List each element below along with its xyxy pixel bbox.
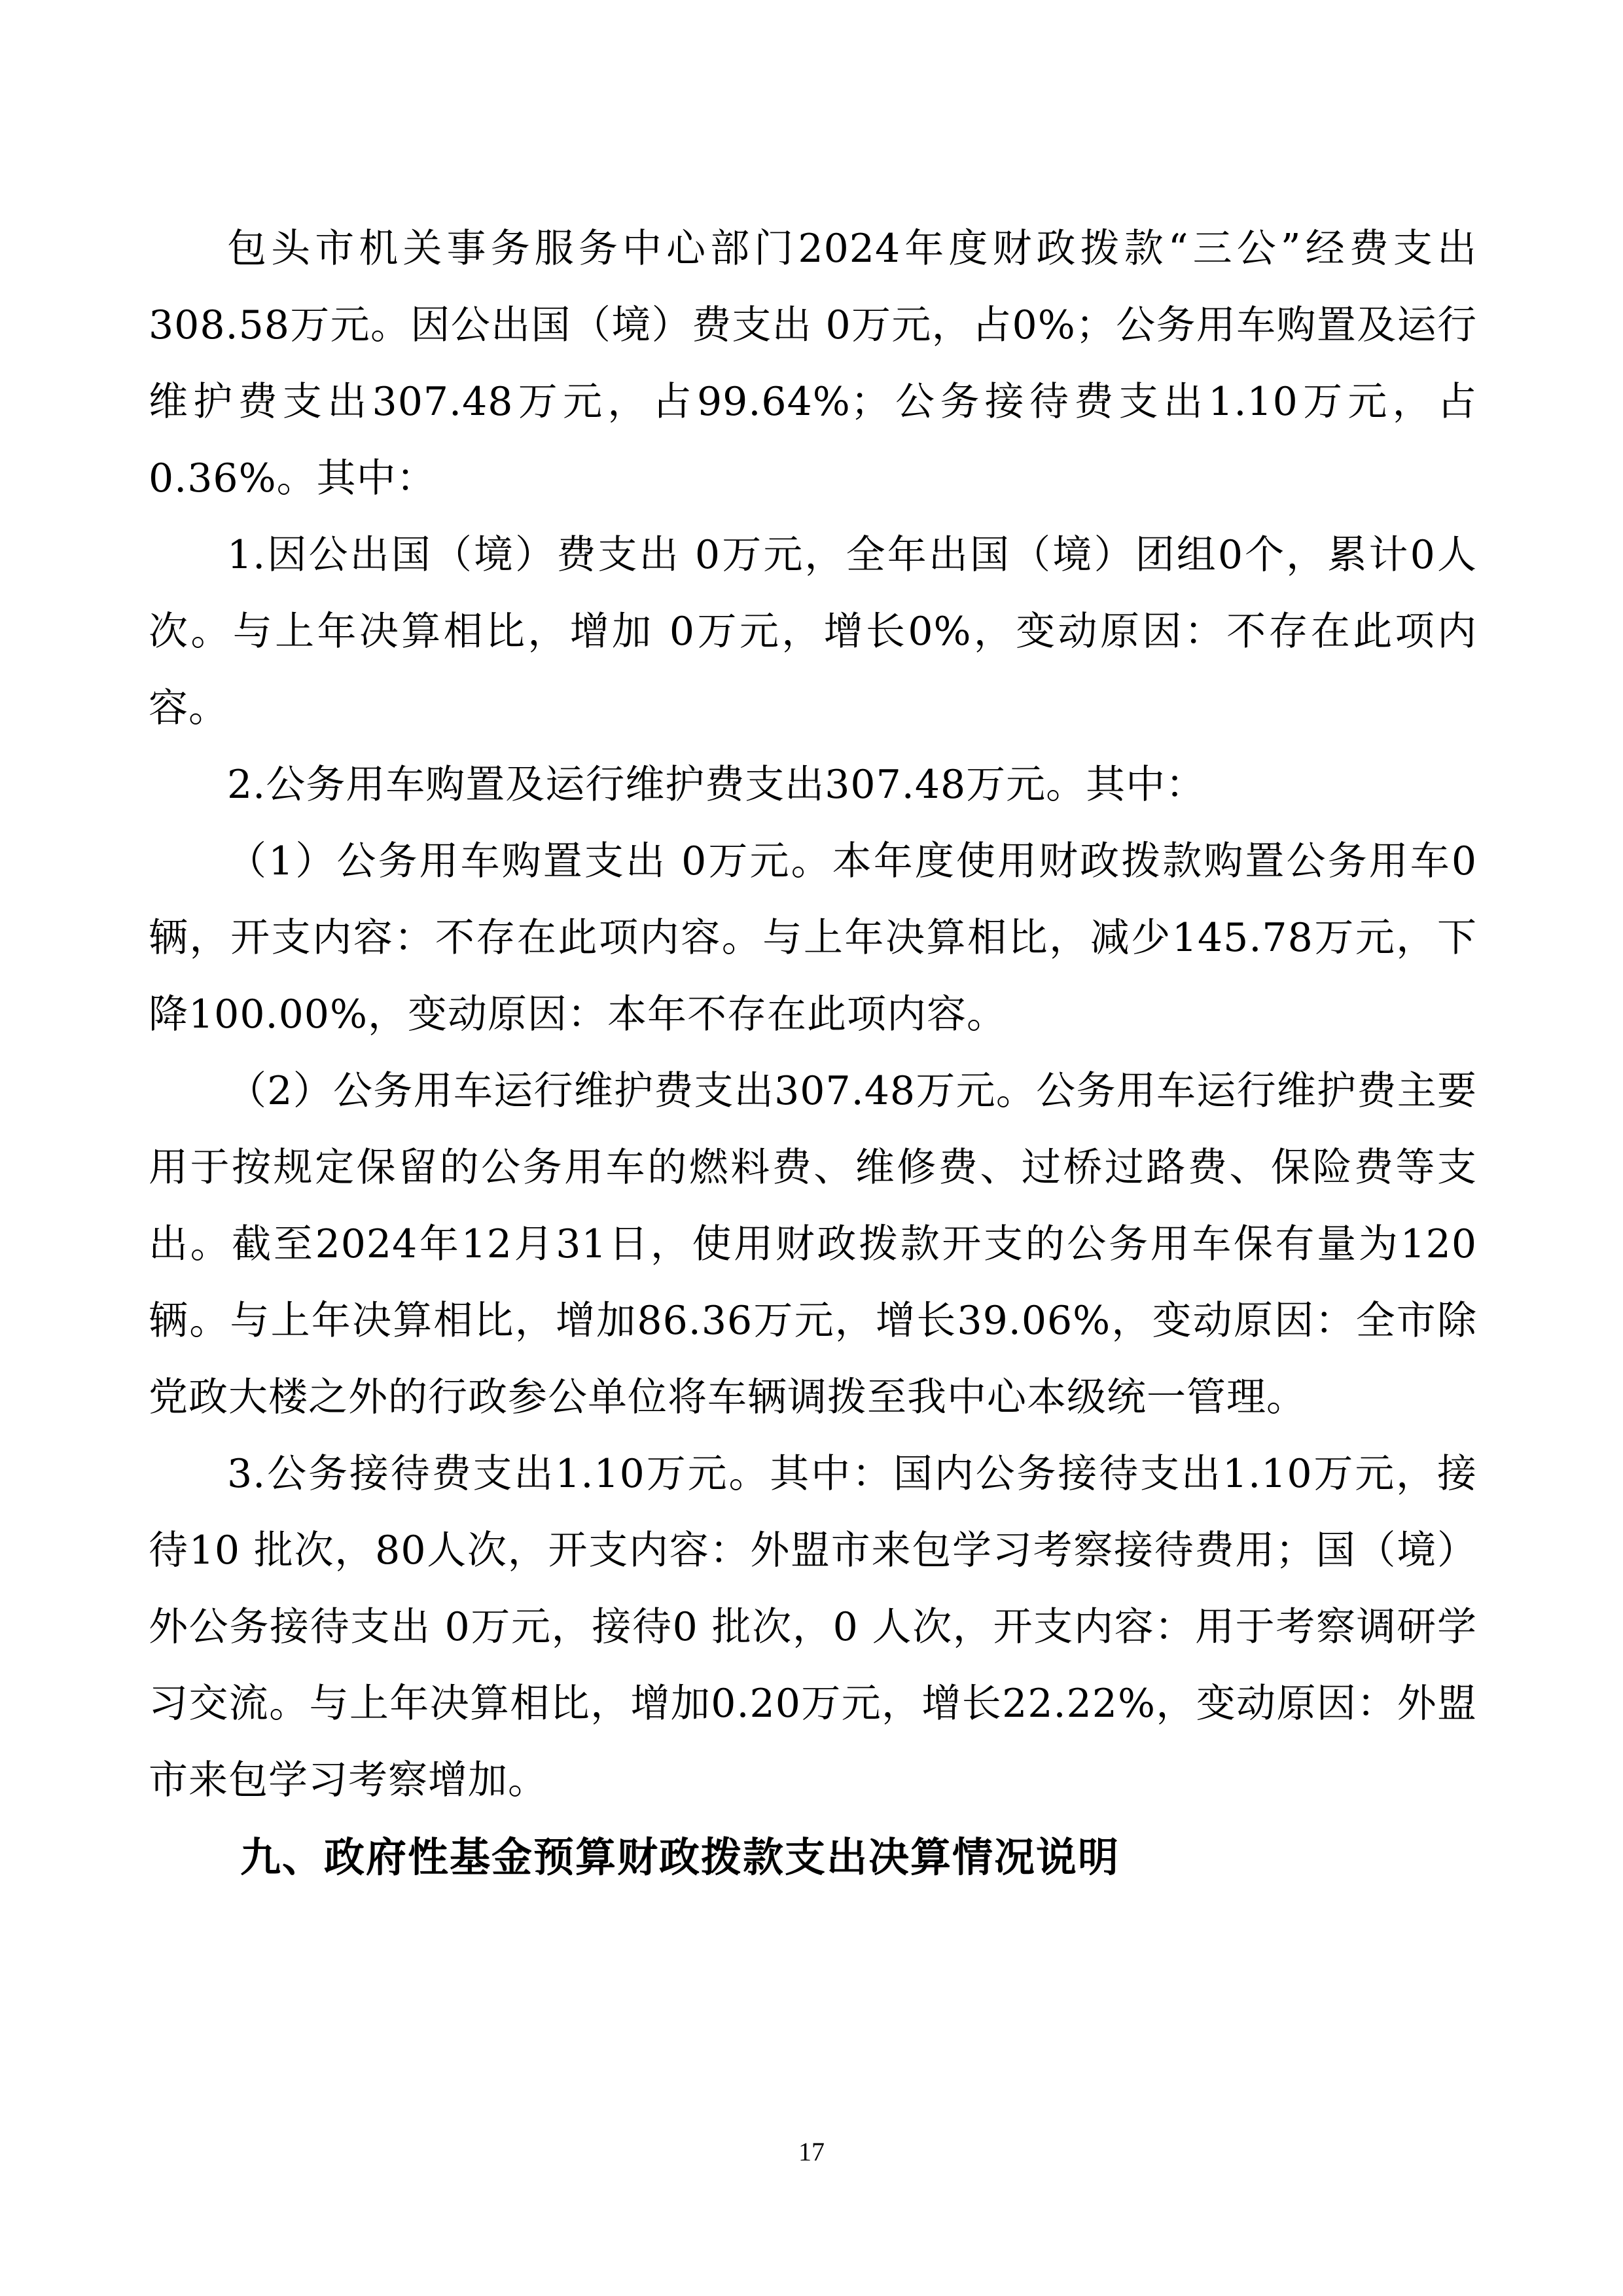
paragraph-vehicle-maintenance: （2）公务用车运行维护费支出307.48万元。公务用车运行维护费主要用于按规定保… [149, 1053, 1477, 1436]
section-heading: 九、政府性基金预算财政拨款支出决算情况说明 [149, 1819, 1477, 1895]
paragraph-three-public-summary: 包头市机关事务服务中心部门2024年度财政拨款“三公”经费支出308.58万元。… [149, 211, 1477, 517]
paragraph-vehicle-purchase: （1）公务用车购置支出 0万元。本年度使用财政拨款购置公务用车0 辆，开支内容：… [149, 823, 1477, 1053]
paragraph-vehicle-total: 2.公务用车购置及运行维护费支出307.48万元。其中： [149, 747, 1477, 823]
paragraph-official-reception: 3.公务接待费支出1.10万元。其中：国内公务接待支出1.10万元，接待10 批… [149, 1436, 1477, 1819]
page-number: 17 [0, 2139, 1623, 2165]
paragraph-overseas-travel: 1.因公出国（境）费支出 0万元，全年出国（境）团组0个，累计0人次。与上年决算… [149, 517, 1477, 747]
document-body: 包头市机关事务服务中心部门2024年度财政拨款“三公”经费支出308.58万元。… [149, 211, 1477, 1895]
